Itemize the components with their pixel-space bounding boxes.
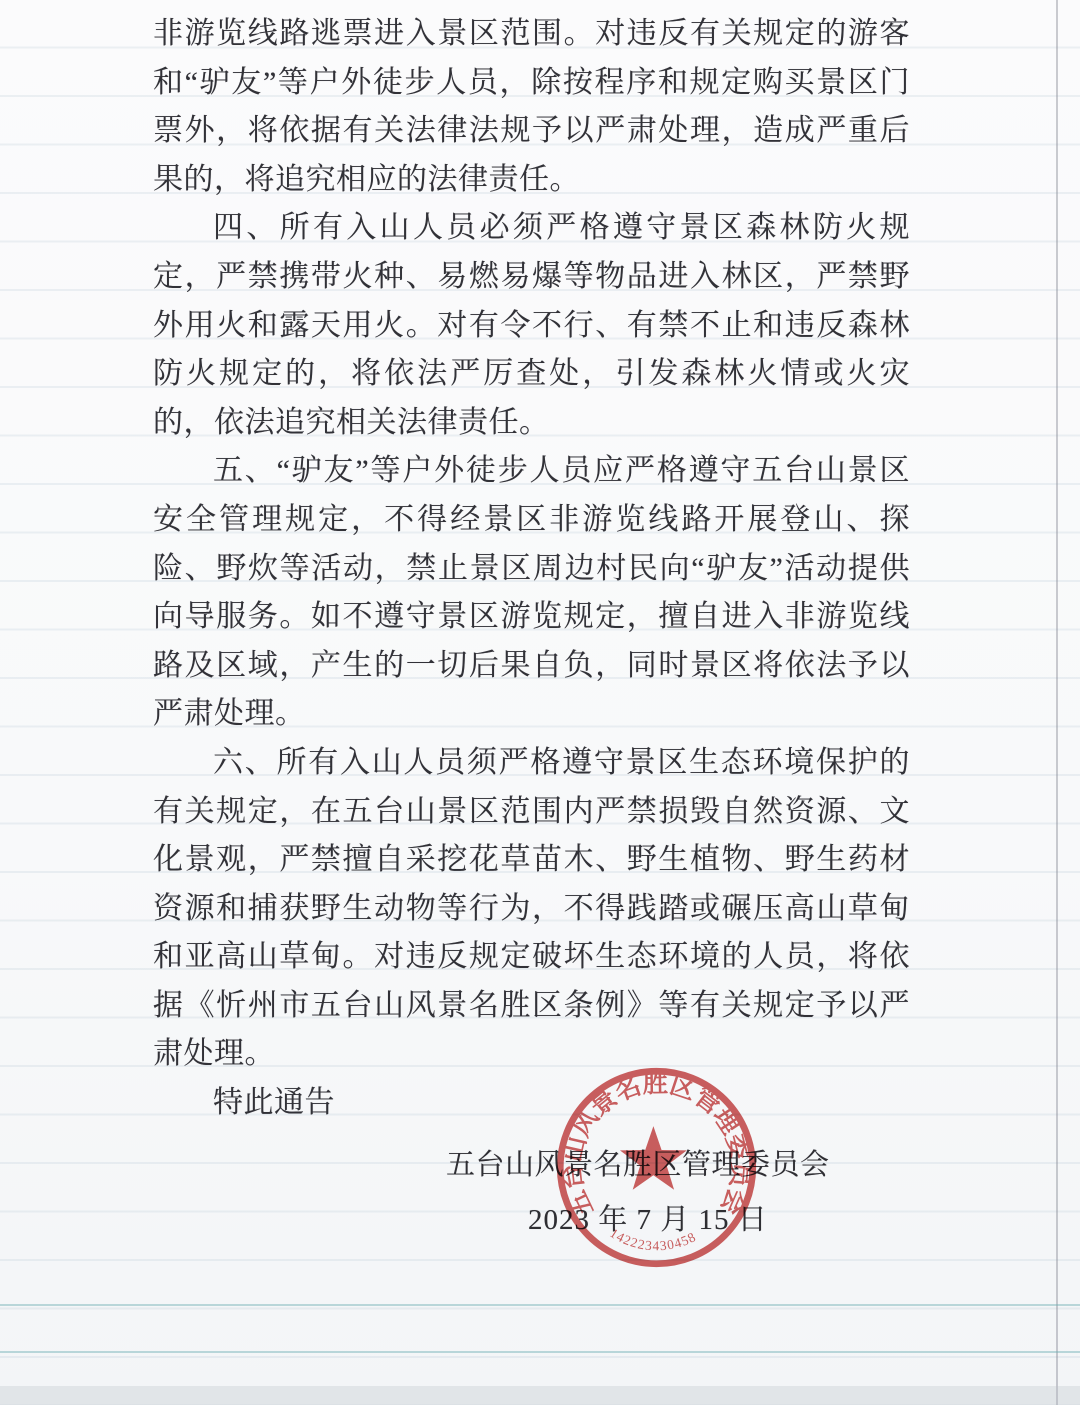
paragraph-item-6: 六、所有入山人员须严格遵守景区生态环境保护的有关规定，在五台山景区范围内严禁损毁… xyxy=(153,739,910,1079)
scanned-notice-page: 非游览线路逃票进入景区范围。对违反有关规定的游客和“驴友”等户外徒步人员，除按程… xyxy=(0,0,1080,1405)
seal-number: 142223430458 xyxy=(607,1225,698,1253)
paragraph-continuation: 非游览线路逃票进入景区范围。对违反有关规定的游客和“驴友”等户外徒步人员，除按程… xyxy=(153,10,910,204)
paragraph-item-4: 四、所有入山人员必须严格遵守景区森林防火规定，严禁携带火种、易燃易爆等物品进入林… xyxy=(153,204,910,447)
official-seal: 五台山风景名胜区管理委员会 142223430458 xyxy=(553,1064,760,1271)
ruled-line xyxy=(0,1351,1080,1353)
svg-text:142223430458: 142223430458 xyxy=(607,1225,698,1253)
ruled-line xyxy=(0,1304,1080,1306)
scan-shadow-band xyxy=(0,1386,1080,1405)
closing-phrase: 特此通告 xyxy=(153,1079,910,1128)
paragraph-item-5: 五、“驴友”等户外徒步人员应严格遵守五台山景区安全管理规定，不得经景区非游览线路… xyxy=(153,447,910,739)
notice-body: 非游览线路逃票进入景区范围。对违反有关规定的游客和“驴友”等户外徒步人员，除按程… xyxy=(153,10,910,1128)
page-edge-line xyxy=(1056,0,1058,1405)
seal-star-icon xyxy=(620,1126,687,1190)
